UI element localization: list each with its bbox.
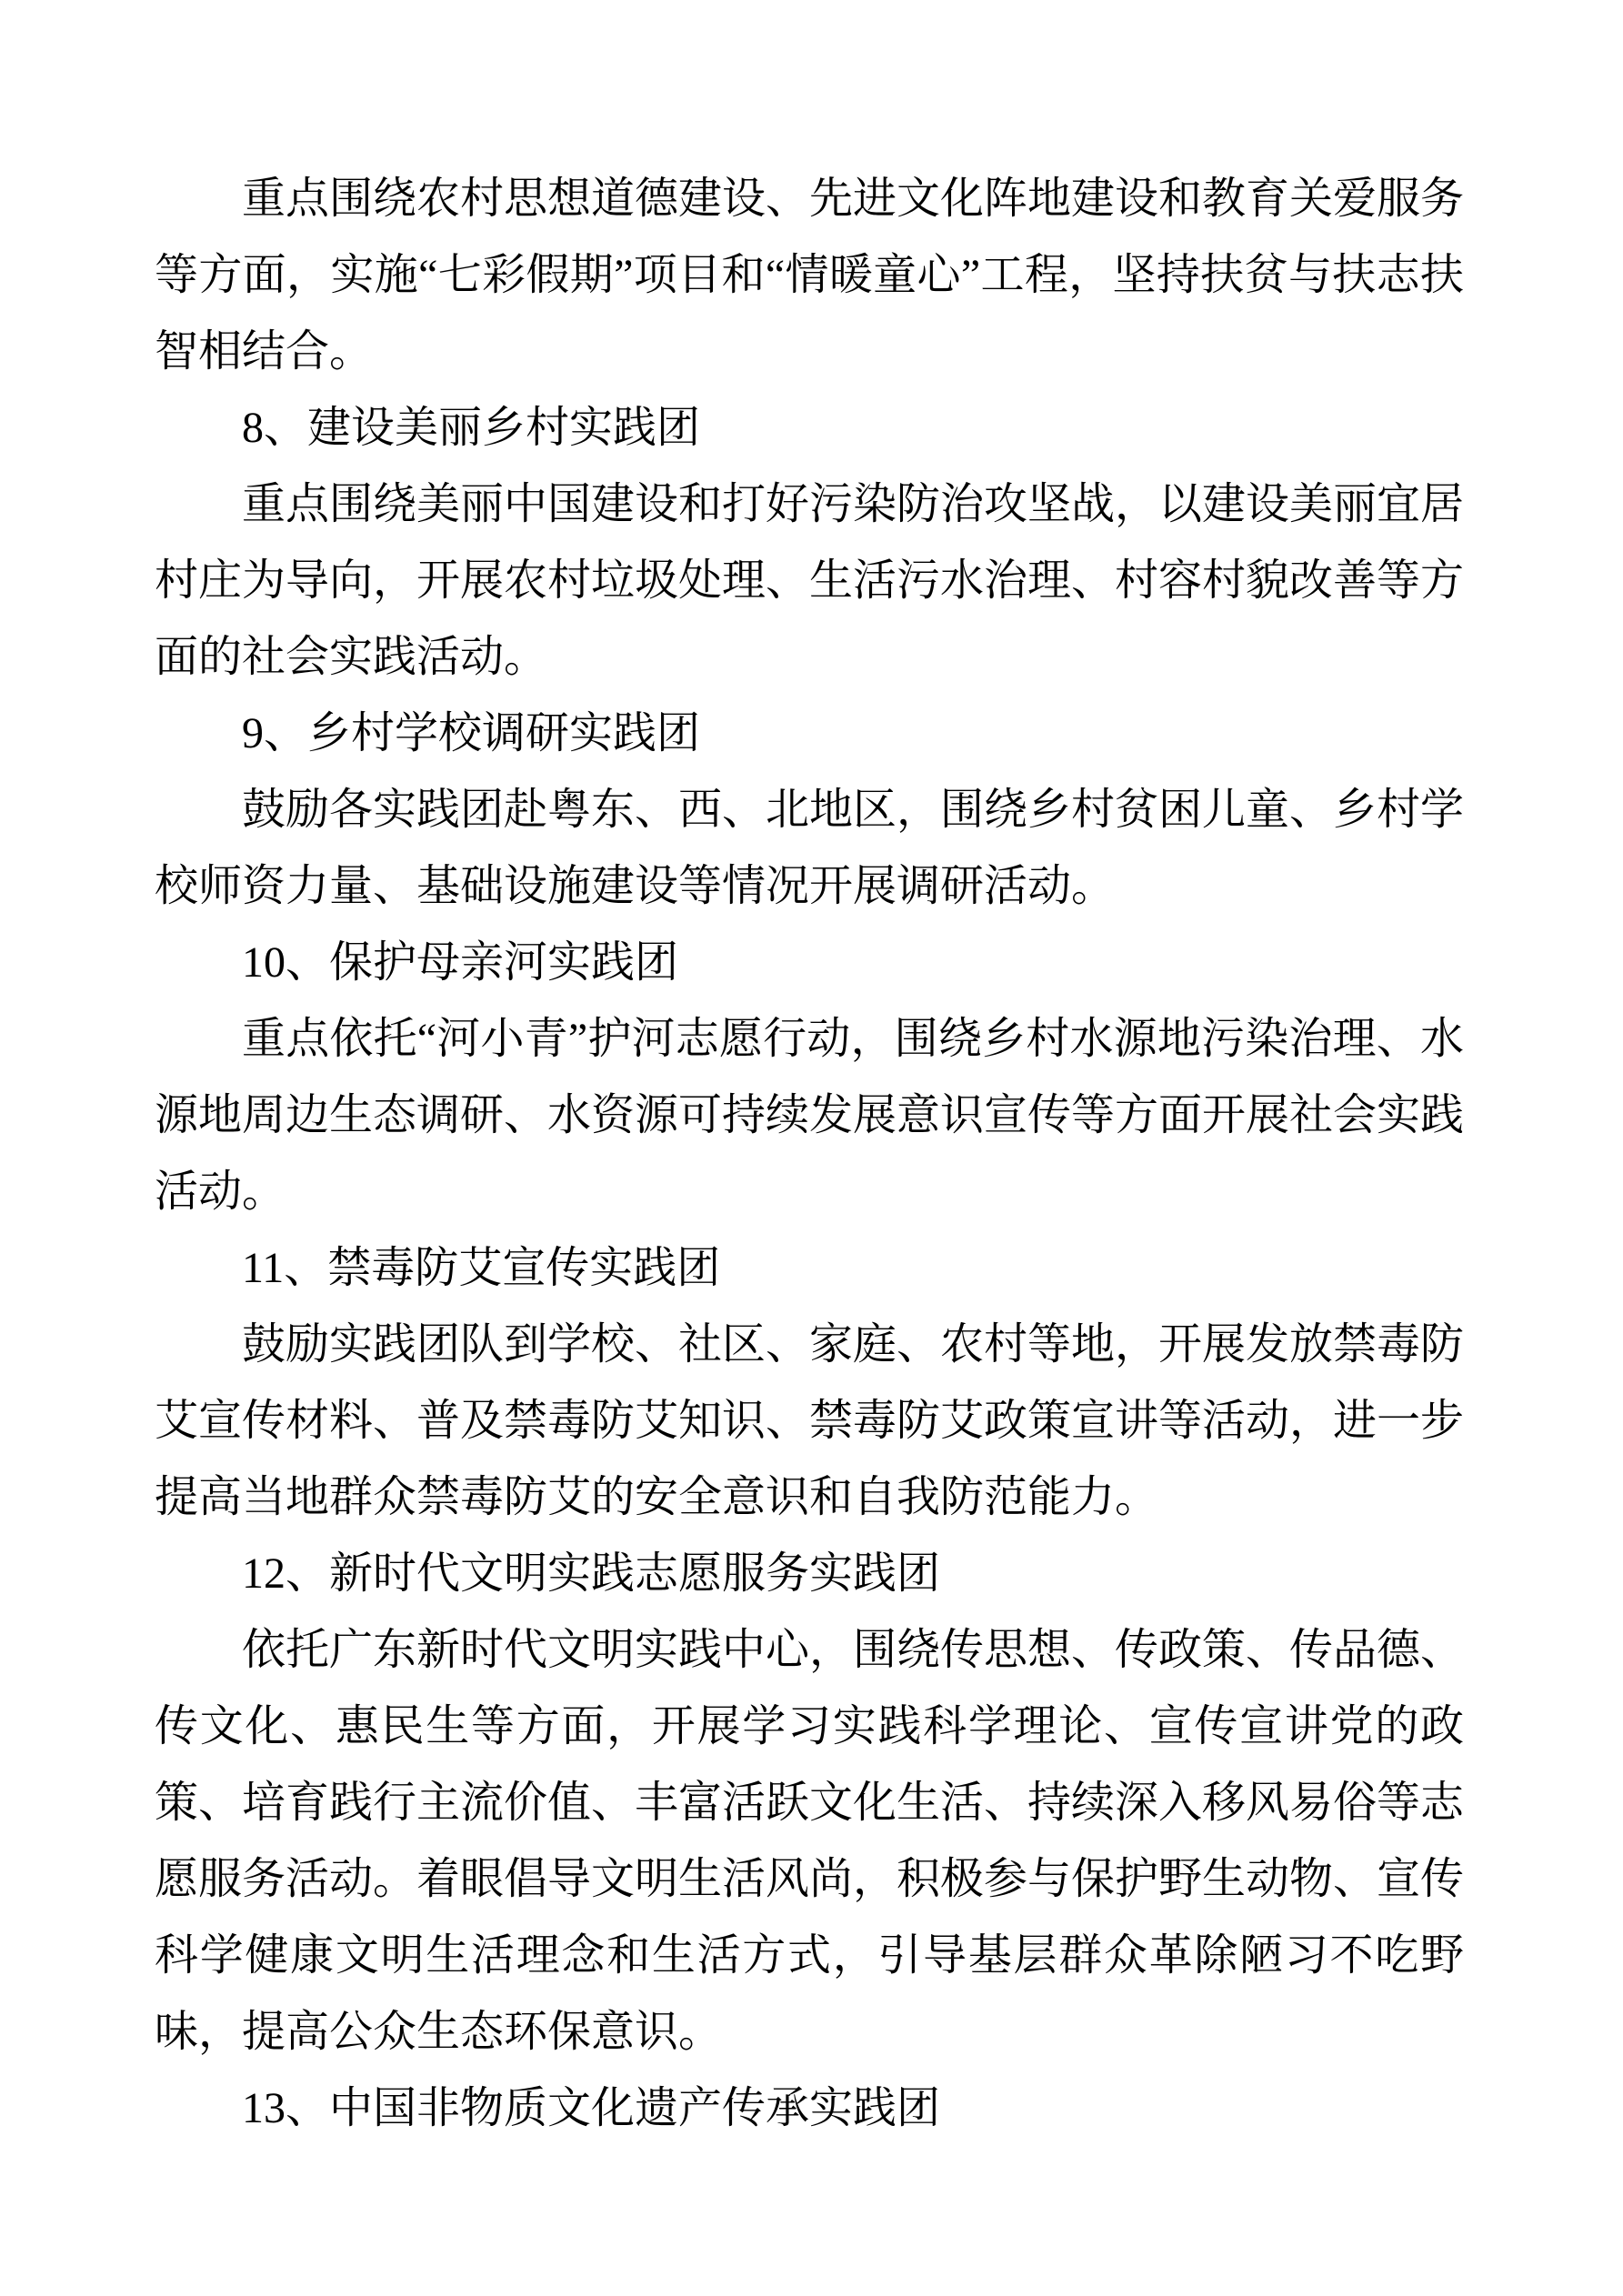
- section-9-body: 鼓励各实践团赴粤东、西、北地区，围绕乡村贫困儿童、乡村学校师资力量、基础设施建设…: [155, 772, 1464, 925]
- section-heading-11: 11、禁毒防艾宣传实践团: [155, 1230, 1464, 1307]
- section-heading-12: 12、新时代文明实践志愿服务实践团: [155, 1536, 1464, 1612]
- section-heading-10: 10、保护母亲河实践团: [155, 925, 1464, 1001]
- section-heading-8: 8、建设美丽乡村实践团: [155, 390, 1464, 466]
- document-page: 重点围绕农村思想道德建设、先进文化阵地建设和教育关爱服务等方面，实施“七彩假期”…: [0, 0, 1623, 2296]
- document-body: 重点围绕农村思想道德建设、先进文化阵地建设和教育关爱服务等方面，实施“七彩假期”…: [155, 161, 1464, 2147]
- section-10-body: 重点依托“河小青”护河志愿行动，围绕乡村水源地污染治理、水源地周边生态调研、水资…: [155, 1001, 1464, 1230]
- section-12-body: 依托广东新时代文明实践中心，围绕传思想、传政策、传品德、传文化、惠民生等方面，开…: [155, 1612, 1464, 2070]
- section-heading-9: 9、乡村学校调研实践团: [155, 696, 1464, 772]
- section-11-body: 鼓励实践团队到学校、社区、家庭、农村等地，开展发放禁毒防艾宣传材料、普及禁毒防艾…: [155, 1307, 1464, 1536]
- section-heading-13: 13、中国非物质文化遗产传承实践团: [155, 2070, 1464, 2147]
- paragraph-continued: 重点围绕农村思想道德建设、先进文化阵地建设和教育关爱服务等方面，实施“七彩假期”…: [155, 161, 1464, 390]
- section-8-body: 重点围绕美丽中国建设和打好污染防治攻坚战，以建设美丽宜居村庄为导向，开展农村垃圾…: [155, 466, 1464, 696]
